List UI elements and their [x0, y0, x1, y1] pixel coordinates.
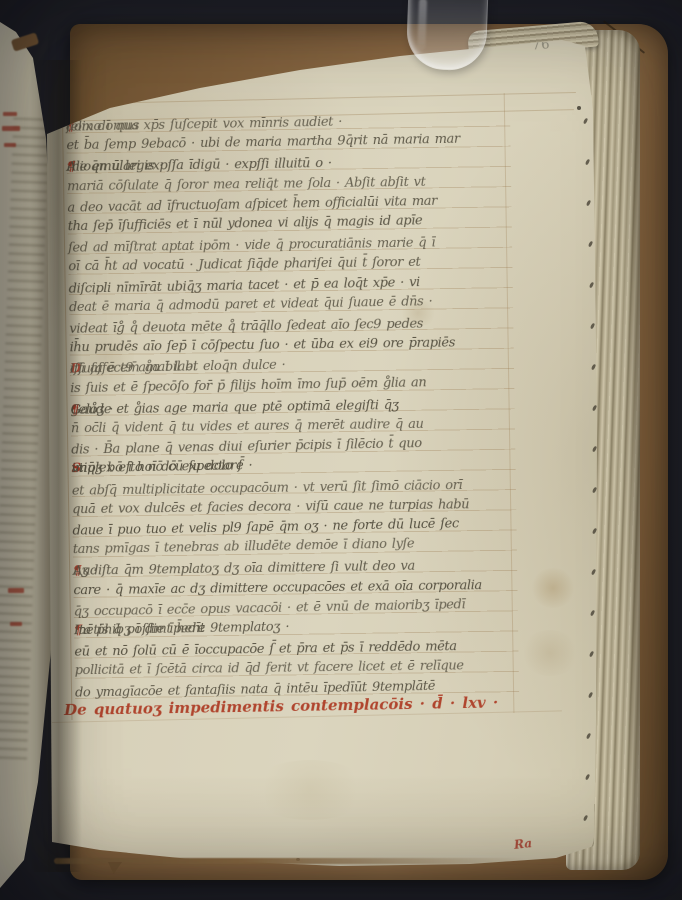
line-text: Alioq̄n ū legis ·: [67, 158, 163, 177]
line-text: mariā cōſulate q̄ ſoror mea reliq̄t me ſ…: [67, 173, 425, 196]
line-text: pollicitā et ī ſcētā circa id q̄d ferit …: [75, 658, 464, 681]
facing-page-text-showthrough: [0, 118, 49, 767]
facing-page-red-mark: [3, 112, 17, 116]
quire-signature: Ra: [513, 836, 532, 852]
stain: [530, 568, 576, 608]
facing-page-red-mark: [10, 622, 22, 626]
facing-page-red-mark: [4, 143, 16, 147]
facing-page-red-mark: [8, 588, 24, 593]
line-text: Ita p̄hibʒ ī die īpedīt: [74, 620, 205, 640]
line-text: oī cā h̄t ad vocatū · Judicat ſiq̄de pha…: [68, 254, 420, 276]
cover-bottom-sliver: [54, 858, 524, 864]
line-text: iffuſa ē em̄ g̊a ī labi: [70, 359, 197, 379]
text-block: domo ī qua xp̄s ſuſcepit vox mīnris audi…: [66, 109, 519, 716]
stain: [250, 760, 370, 820]
ink-speck: [577, 106, 581, 110]
manuscript-photo: 76 domo ī qua xp̄s ſuſcepit vox mīnris a…: [0, 0, 682, 900]
facing-page-red-mark: [2, 126, 20, 131]
line-text: implex eſto nō cū ſu dolo ſ̄: [71, 458, 242, 479]
clip-highlight: [417, 0, 427, 50]
line-text: n̄ oc̄li q̄ vident q̄ tu vides et aures …: [71, 416, 424, 438]
stain: [520, 630, 580, 676]
manuscript-page: 76 domo ī qua xp̄s ſuſcepit vox mīnris a…: [0, 0, 682, 900]
